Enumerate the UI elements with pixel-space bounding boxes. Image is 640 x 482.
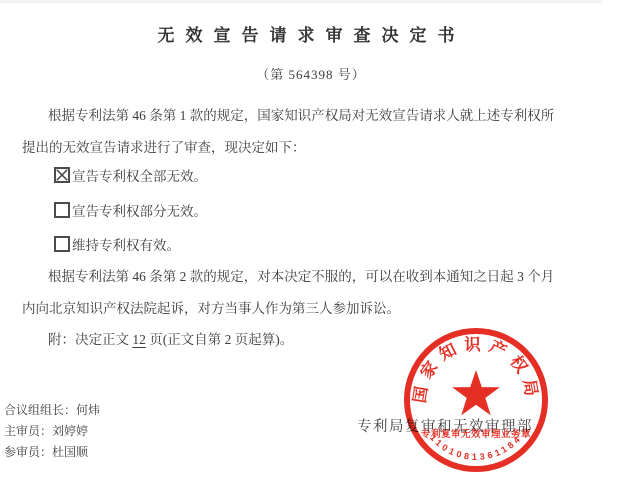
option-declare-part-invalid[interactable]: 宣告专利权部分无效。	[54, 200, 207, 220]
paragraph1-line2: 提出的无效宣告请求进行了审查，现决定如下：	[22, 136, 306, 156]
checkbox-maintain-valid[interactable]	[54, 236, 70, 252]
attachment-prefix: 附：决定正文	[48, 332, 132, 347]
document-number: （第 564398 号）	[0, 64, 622, 83]
checkbox-part-invalid[interactable]	[54, 202, 70, 218]
panel-chief-line: 合议组组长：何炜	[4, 401, 100, 418]
chief-examiner-line: 主审员：刘婷婷	[4, 422, 88, 439]
attachment-note: 附：决定正文 12 页(正文自第 2 页起算)。	[48, 328, 293, 348]
option-label: 宣告专利权全部无效。	[72, 169, 207, 184]
checked-mark-icon	[56, 169, 68, 181]
co-examiner-line: 参审员：杜国顺	[4, 443, 88, 460]
option-label: 维持专利权有效。	[72, 238, 180, 253]
document-title: 无效宣告请求审查决定书	[0, 21, 612, 46]
paragraph1-line1: 根据专利法第 46 条第 1 款的规定，国家知识产权局对无效宣告请求人就上述专利…	[48, 104, 554, 124]
option-label: 宣告专利权部分无效。	[72, 204, 207, 219]
paragraph2-line2: 内向北京知识产权法院起诉，对方当事人作为第三人参加诉讼。	[22, 297, 400, 317]
attachment-page-count: 12	[132, 332, 146, 347]
top-edge-divider	[0, 0, 601, 3]
paragraph2-line1: 根据专利法第 46 条第 2 款的规定，对本决定不服的，可以在收到本通知之日起 …	[48, 265, 554, 285]
option-maintain-valid[interactable]: 维持专利权有效。	[54, 234, 180, 254]
official-seal: 国家知识产权局 专利复审无效审理业务章 1101081361184	[396, 320, 556, 480]
attachment-suffix: 页(正文自第 2 页起算)。	[146, 332, 293, 347]
star-icon	[452, 370, 500, 415]
decision-document: 无效宣告请求审查决定书 （第 564398 号） 根据专利法第 46 条第 1 …	[0, 0, 640, 482]
checkbox-all-invalid[interactable]	[54, 167, 70, 183]
option-declare-all-invalid[interactable]: 宣告专利权全部无效。	[54, 165, 207, 185]
